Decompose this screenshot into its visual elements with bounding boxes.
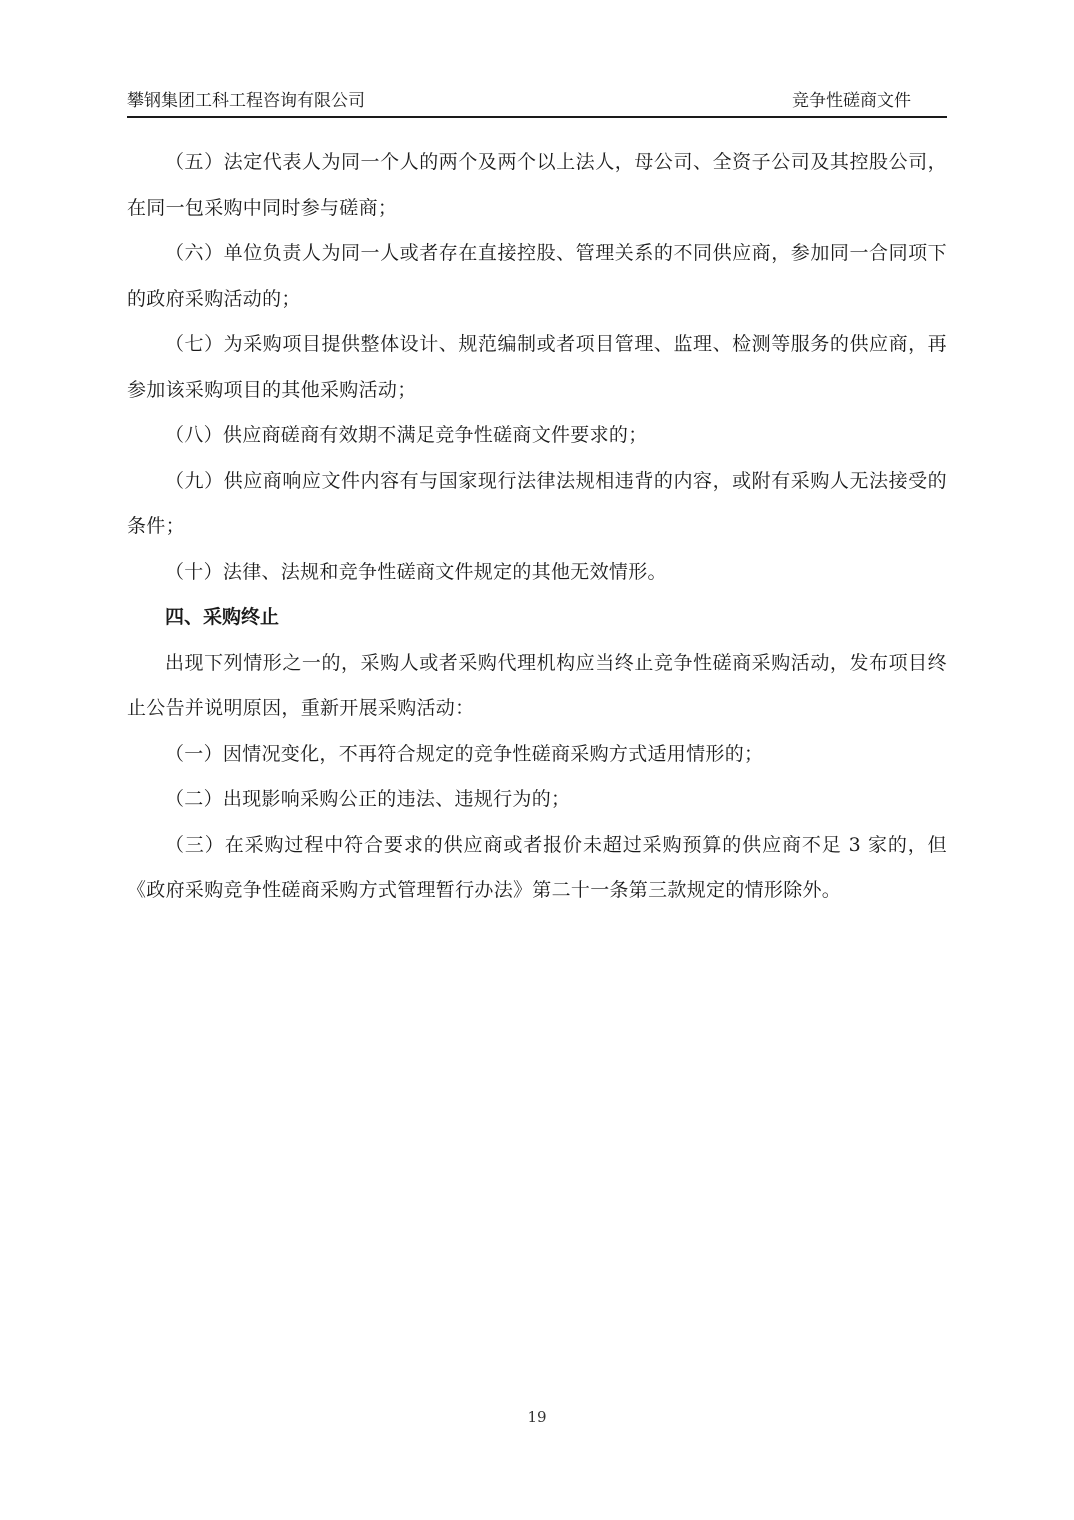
header-company-name: 攀钢集团工科工程咨询有限公司	[127, 88, 365, 114]
clause-9: （九）供应商响应文件内容有与国家现行法律法规相违背的内容，或附有采购人无法接受的…	[127, 459, 947, 550]
clause-8: （八）供应商磋商有效期不满足竞争性磋商文件要求的；	[127, 413, 947, 459]
page-header: 攀钢集团工科工程咨询有限公司 竞争性磋商文件	[127, 88, 947, 118]
clause-6: （六）单位负责人为同一人或者存在直接控股、管理关系的不同供应商，参加同一合同项下…	[127, 231, 947, 322]
clause-10: （十）法律、法规和竞争性磋商文件规定的其他无效情形。	[127, 550, 947, 596]
section-intro: 出现下列情形之一的，采购人或者采购代理机构应当终止竞争性磋商采购活动，发布项目终…	[127, 641, 947, 732]
clause-5: （五）法定代表人为同一个人的两个及两个以上法人，母公司、全资子公司及其控股公司，…	[127, 140, 947, 231]
header-document-title: 竞争性磋商文件	[792, 88, 911, 114]
document-body: （五）法定代表人为同一个人的两个及两个以上法人，母公司、全资子公司及其控股公司，…	[127, 140, 947, 914]
section-heading: 四、采购终止	[127, 595, 947, 641]
termination-item-1: （一）因情况变化，不再符合规定的竞争性磋商采购方式适用情形的；	[127, 732, 947, 778]
clause-7: （七）为采购项目提供整体设计、规范编制或者项目管理、监理、检测等服务的供应商，再…	[127, 322, 947, 413]
termination-item-2: （二）出现影响采购公正的违法、违规行为的；	[127, 777, 947, 823]
page-number: 19	[0, 1408, 1074, 1426]
termination-item-3: （三）在采购过程中符合要求的供应商或者报价未超过采购预算的供应商不足 3 家的，…	[127, 823, 947, 914]
